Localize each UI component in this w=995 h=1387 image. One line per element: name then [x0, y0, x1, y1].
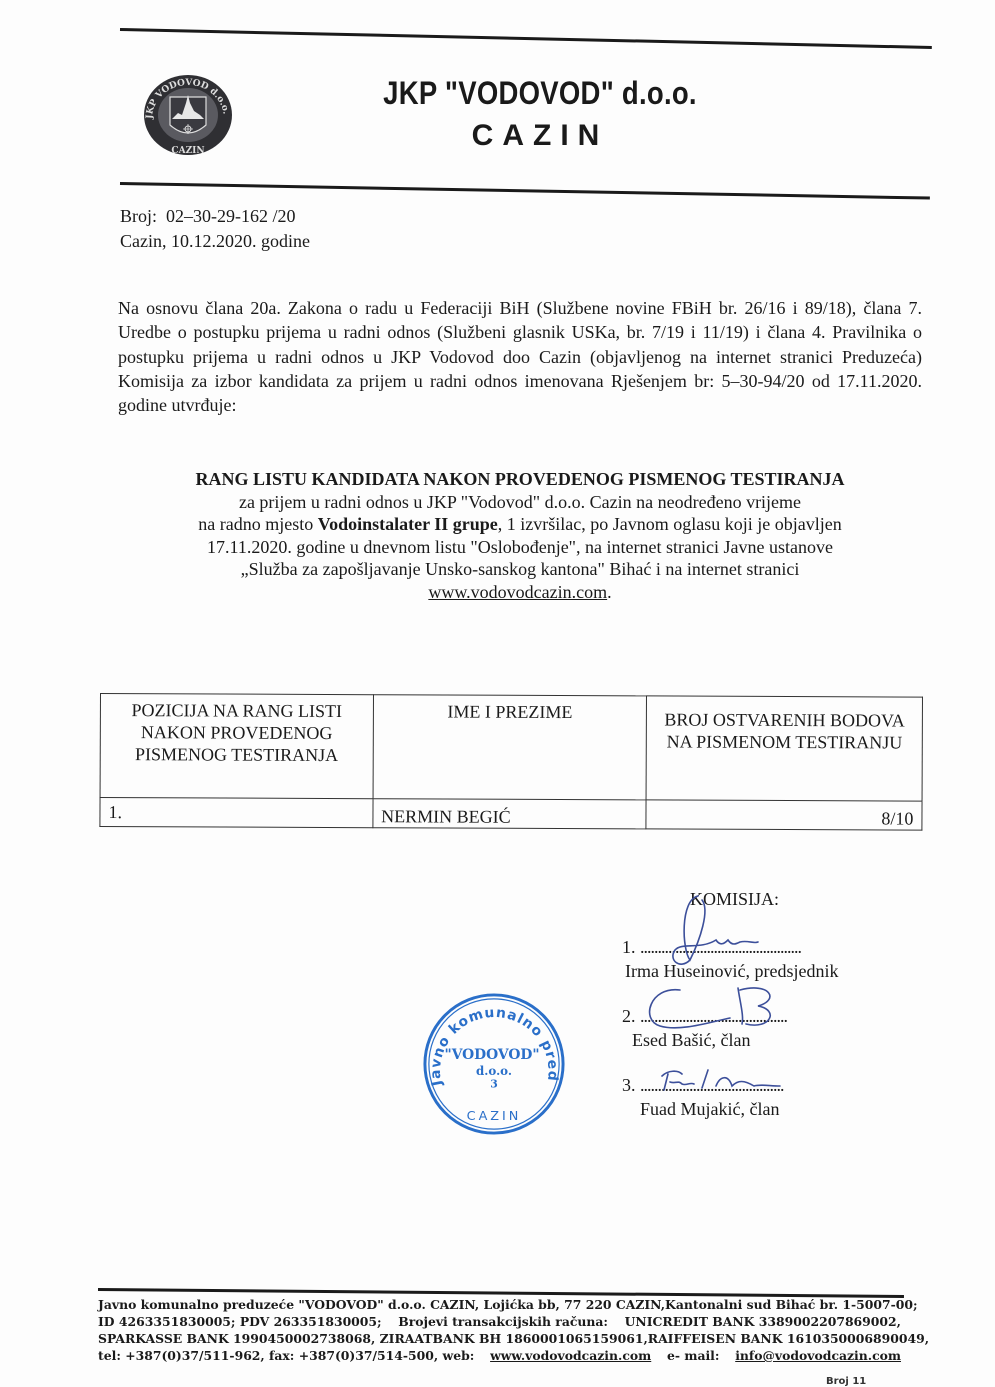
footer-accounts-label: Brojevi transakcijskih računa: — [398, 1313, 608, 1330]
member-number: 2. — [622, 1006, 636, 1026]
member-number: 3. — [622, 1075, 636, 1095]
cell-name: NERMIN BEGIĆ — [373, 799, 647, 829]
ranking-line-3: 17.11.2020. godine u dnevnom listu "Oslo… — [110, 536, 930, 559]
signature-line: ........................................… — [640, 937, 801, 957]
commission-member-3: 3. .....................................… — [622, 1073, 784, 1121]
footer-line-1: Javno komunalno preduzeće "VODOVOD" d.o.… — [98, 1296, 901, 1313]
svg-text:"VODOVOD": "VODOVOD" — [445, 1047, 540, 1063]
document-number: Broj: 02–30-29-162 /20 — [120, 204, 310, 229]
table-header-row: POZICIJA NA RANG LISTI NAKON PROVEDENOG … — [100, 694, 922, 802]
document-number-label: Broj: — [120, 206, 157, 226]
page-note: Broj 11 — [826, 1376, 866, 1387]
job-position: Vodoinstalater II grupe — [318, 514, 498, 534]
footer-line-3: SPARKASSE BANK 1990450002738068, ZIRAATB… — [98, 1330, 901, 1347]
company-city: CAZIN — [390, 117, 690, 155]
footer-tax-ids: ID 4263351830005; PDV 263351830005; — [98, 1313, 382, 1330]
document-number-value: 02–30-29-162 /20 — [166, 206, 296, 226]
header-bottom-rule — [120, 182, 930, 200]
footer-court-reg: Kantonalni sud Bihać br. 1-5007-00; — [665, 1296, 918, 1313]
column-header-name: IME I PREZIME — [373, 695, 647, 800]
ranking-heading: RANG LISTU KANDIDATA NAKON PROVEDENOG PI… — [110, 468, 930, 491]
cell-position: 1. — [100, 798, 373, 828]
commission-member-1: 1. .....................................… — [622, 935, 838, 983]
website-link[interactable]: www.vodovodcazin.com — [428, 582, 607, 602]
url-suffix: . — [607, 582, 612, 602]
table-row: 1. NERMIN BEGIĆ 8/10 — [100, 798, 922, 831]
svg-text:CAZIN: CAZIN — [467, 1109, 522, 1124]
company-name: JKP "VODOVOD" d.o.o. — [342, 74, 738, 112]
footer-line-2: ID 4263351830005; PDV 263351830005;Broje… — [98, 1313, 901, 1330]
footer-phone-fax: tel: +387(0)37/511-962, fax: +387(0)37/5… — [98, 1347, 474, 1364]
member-name: Esed Bašić, član — [632, 1028, 787, 1052]
ranking-line-2-prefix: na radno mjesto — [198, 514, 317, 534]
footer-unicredit: UNICREDIT BANK 3389002207869002, — [625, 1313, 901, 1330]
intro-paragraph: Na osnovu člana 20a. Zakona o radu u Fed… — [118, 296, 922, 417]
ranking-table: POZICIJA NA RANG LISTI NAKON PROVEDENOG … — [99, 693, 923, 831]
footer-raiffeisen: RAIFFEISEN BANK 1610350006890049, — [648, 1330, 929, 1347]
footer-email-label: e- mail: — [667, 1347, 719, 1364]
footer-website-link[interactable]: www.vodovodcazin.com — [490, 1347, 651, 1364]
ranking-line-4: „Služba za zapošljavanje Unsko-sanskog k… — [110, 558, 930, 581]
ranking-announcement: RANG LISTU KANDIDATA NAKON PROVEDENOG PI… — [110, 468, 930, 603]
svg-text:d.o.o.: d.o.o. — [476, 1064, 512, 1078]
footer-contact-info: Javno komunalno preduzeće "VODOVOD" d.o.… — [98, 1296, 901, 1364]
ranking-line-1: za prijem u radni odnos u JKP "Vodovod" … — [110, 491, 930, 514]
ranking-line-2-suffix: , 1 izvršilac, po Javnom oglasu koji je … — [498, 514, 842, 534]
company-seal-logo-icon: CAZIN JKP VODOVOD d.o.o. — [142, 73, 234, 157]
cell-score: 8/10 — [646, 800, 922, 830]
signature-line: ........................................… — [640, 1006, 787, 1026]
footer-line-4: tel: +387(0)37/511-962, fax: +387(0)37/5… — [98, 1347, 901, 1364]
document-meta: Broj: 02–30-29-162 /20 Cazin, 10.12.2020… — [120, 204, 310, 254]
member-number: 1. — [622, 937, 636, 957]
ranking-line-5: www.vodovodcazin.com. — [110, 581, 930, 604]
member-name: Fuad Mujakić, član — [640, 1097, 784, 1121]
svg-text:CAZIN: CAZIN — [171, 146, 204, 156]
member-name: Irma Huseinović, predsjednik — [625, 959, 838, 983]
commission-title: KOMISIJA: — [690, 889, 779, 910]
footer-address: Javno komunalno preduzeće "VODOVOD" d.o.… — [98, 1296, 665, 1313]
signature-line: ........................................… — [640, 1075, 784, 1095]
column-header-position: POZICIJA NA RANG LISTI NAKON PROVEDENOG … — [100, 694, 373, 799]
ranking-line-2: na radno mjesto Vodoinstalater II grupe,… — [110, 513, 930, 536]
document-place-date: Cazin, 10.12.2020. godine — [120, 229, 310, 254]
svg-text:3: 3 — [490, 1078, 498, 1091]
company-stamp-icon: Javno komunalno preduzeće "VODOVOD" d.o.… — [420, 990, 568, 1138]
commission-member-2: 2. .....................................… — [622, 1004, 787, 1052]
column-header-score: BROJ OSTVARENIH BODOVA NA PISMENOM TESTI… — [646, 696, 922, 801]
footer-email-link[interactable]: info@vodovodcazin.com — [735, 1347, 901, 1364]
footer-banks: SPARKASSE BANK 1990450002738068, ZIRAATB… — [98, 1330, 648, 1347]
header-top-rule — [120, 28, 932, 49]
